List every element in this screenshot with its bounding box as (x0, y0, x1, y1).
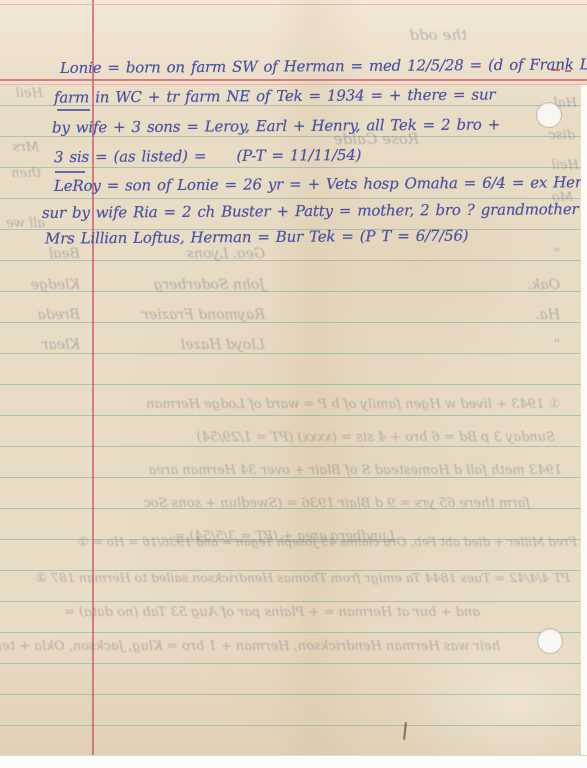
handwriting-line: by wife + 3 sons = Leroy, Earl + Henry, … (52, 115, 500, 136)
bleedthrough-row-mark: Ha. (535, 307, 560, 323)
bleedthrough-line: 1943 meth fall d Homestead S of Blair + … (0, 463, 562, 478)
bleedthrough-text: 1943 + lived w Hgen family of b P = ward… (146, 397, 544, 412)
bleedthrough-row-word: Kledge (31, 277, 80, 293)
handwriting-line: 3 sis = (as listed) = (P-T = 11/11/54) (54, 146, 361, 166)
handwriting-line: sur by wife Ria = 2 ch Buster + Patty = … (42, 200, 579, 222)
bleedthrough-text: PT 4/4/42 = Tues 1844 Ta emigr from Thom… (51, 570, 570, 585)
bleedthrough-row-word: Breda (37, 307, 80, 323)
handwritten-notes: Lonie = born on farm SW of Herman = med … (0, 0, 587, 270)
bleedthrough-line: and + bur at Herman = + Plains par of Au… (0, 605, 480, 620)
bleedthrough-row-name: John Soderberg (154, 277, 265, 293)
bleedthrough-row-mark: Oak. (527, 277, 560, 293)
ink-underline (57, 109, 90, 111)
circled-number-icon: ② (77, 535, 89, 550)
bleedthrough-row-mark: " (554, 337, 560, 353)
handwriting-line: farm in WC + tr farm NE of Tek = 1934 = … (54, 85, 495, 106)
bleedthrough-name-row: Oak. John Soderberg Kledge (0, 277, 587, 299)
bleedthrough-text: Fred Miller + died abt Feb, Oru claims 4… (93, 535, 577, 549)
handwriting-line: Mrs Lillian Loftus, Herman = Bur Tek = (… (45, 227, 469, 248)
bleedthrough-line: Sunday 3 p Bd = 6 bro + 4 sis = (xxxx) (… (0, 430, 555, 445)
bleedthrough-name-row: Ha. Raymond Frazier Breda (0, 307, 587, 329)
bleedthrough-name-row: " Lloyd Hazel Klear (0, 337, 587, 359)
bleedthrough-line: ① 1943 + lived w Hgen family of b P = wa… (0, 397, 560, 412)
scanned-notebook-page: the odd Rose Calde Heil Mrs then all we … (0, 0, 587, 768)
bleedthrough-row-word: Klear (42, 337, 80, 353)
bleedthrough-line: PT 4/4/42 = Tues 1844 Ta emigr from Thom… (0, 570, 570, 586)
bleedthrough-line: Fred Miller + died abt Feb, Oru claims 4… (0, 535, 577, 550)
circled-number-icon: ② (35, 571, 47, 586)
bleedthrough-line: heir was Herman Hendrickson, Herman + 1 … (0, 639, 500, 654)
bleedthrough-memo-1: ① 1943 + lived w Hgen family of b P = wa… (0, 395, 587, 530)
hole-punch (537, 103, 561, 127)
scan-edge-bottom (0, 755, 587, 768)
bleedthrough-memo-2: Fred Miller + died abt Feb, Oru claims 4… (0, 533, 587, 648)
bleedthrough-line: farm there 65 yrs = 9 d Blair 1936 = (Sw… (0, 496, 530, 511)
bleedthrough-row-name: Lloyd Hazel (181, 337, 265, 353)
handwriting-line: LeRoy = son of Lonie = 26 yr = + Vets ho… (54, 173, 587, 195)
bleedthrough-row-name: Raymond Frazier (142, 307, 265, 323)
hole-punch (538, 629, 562, 653)
ink-underline (55, 171, 85, 173)
circled-number-icon: ① (548, 397, 560, 412)
handwriting-line: Lonie = born on farm SW of Herman = med … (60, 55, 587, 77)
scan-edge-right (581, 85, 587, 768)
